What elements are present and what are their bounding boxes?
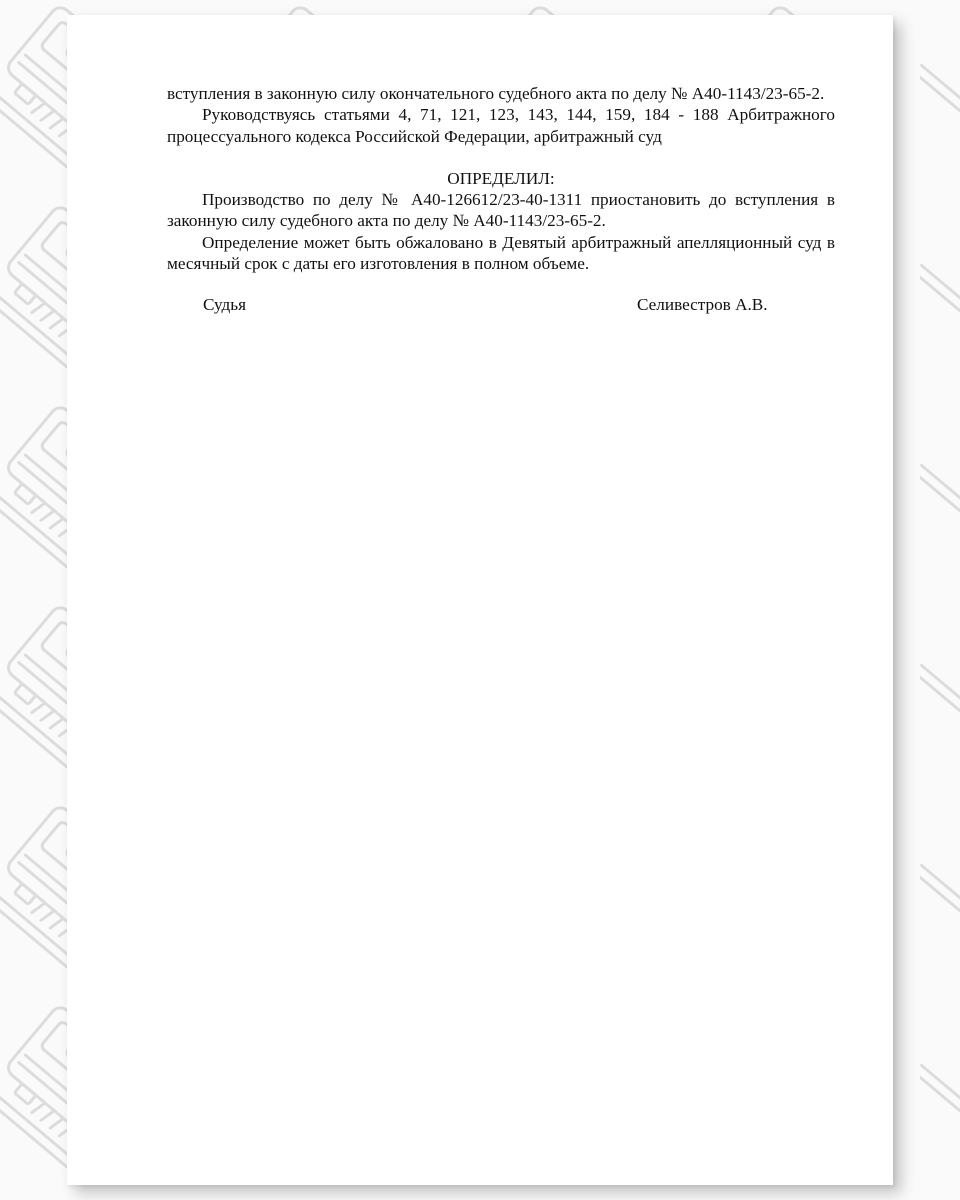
document-page: вступления в законную силу окончательног… (67, 15, 893, 1185)
paragraph-continuation: вступления в законную силу окончательног… (167, 83, 835, 104)
signature-block: Судья Селивестров А.В. (167, 294, 835, 316)
judge-name: Селивестров А.В. (637, 294, 768, 315)
ruling-heading: ОПРЕДЕЛИЛ: (167, 168, 835, 189)
document-body: вступления в законную силу окончательног… (167, 83, 835, 316)
signature-title: Судья (203, 294, 246, 315)
paragraph-suspension: Производство по делу № А40-126612/23-40-… (167, 189, 835, 232)
paragraph-appeal: Определение может быть обжаловано в Девя… (167, 232, 835, 275)
paragraph-legal-basis: Руководствуясь статьями 4, 71, 121, 123,… (167, 104, 835, 147)
